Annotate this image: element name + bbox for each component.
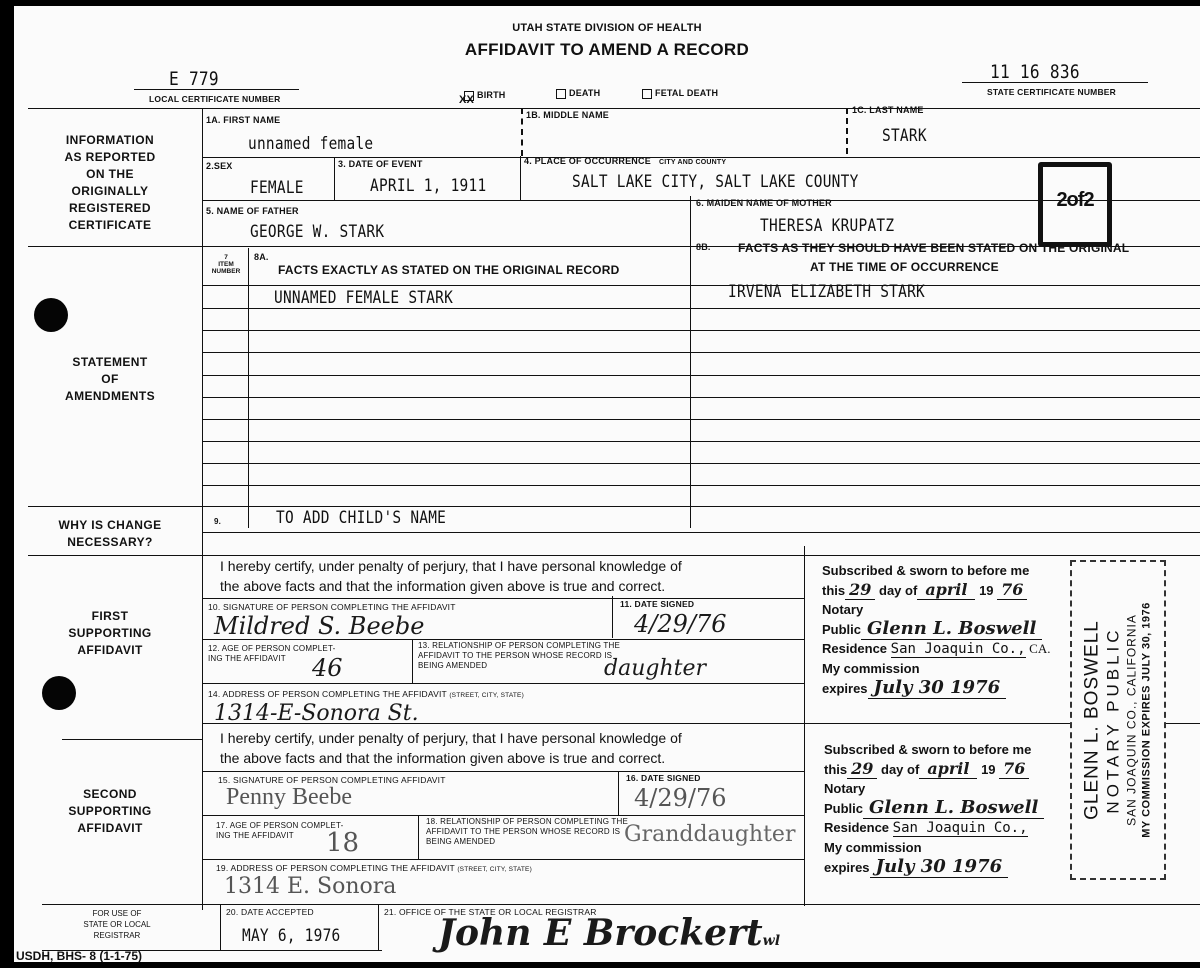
first-relationship-value[interactable]: daughter bbox=[604, 656, 706, 681]
section-reason-label: WHY IS CHANGE NECESSARY? bbox=[30, 517, 190, 551]
notary-commission-stamp: GLENN L. BOSWELL NOTARY PUBLIC SAN JOAQU… bbox=[1070, 560, 1166, 880]
first-notary-block: Subscribed & sworn to before me this29 d… bbox=[822, 561, 1050, 698]
second-date-value[interactable]: 4/29/76 bbox=[634, 784, 727, 812]
second-age-value[interactable]: 18 bbox=[326, 828, 359, 858]
first-age-value[interactable]: 46 bbox=[312, 654, 343, 682]
local-certificate-label: LOCAL CERTIFICATE NUMBER bbox=[149, 94, 281, 104]
first-address-label: 14. ADDRESS OF PERSON COMPLETING THE AFF… bbox=[208, 689, 524, 699]
date-of-event-value[interactable]: APRIL 1, 1911 bbox=[370, 176, 486, 196]
first-cert-statement: I hereby certify, under penalty of perju… bbox=[220, 556, 682, 596]
amendment-corrected-value[interactable]: IRVENA ELIZABETH STARK bbox=[728, 282, 925, 302]
second-relationship-value[interactable]: Granddaughter bbox=[624, 822, 795, 847]
section-original-info-label: INFORMATION AS REPORTED ON THE ORIGINALL… bbox=[30, 132, 190, 234]
first-relationship-label: 13. RELATIONSHIP OF PERSON COMPLETING TH… bbox=[418, 641, 620, 671]
record-type-death[interactable]: DEATH bbox=[556, 88, 600, 99]
item-number-header: 7 ITEM NUMBER bbox=[204, 254, 248, 275]
local-certificate-number: E 779 bbox=[169, 68, 219, 90]
second-cert-statement: I hereby certify, under penalty of perju… bbox=[220, 728, 682, 768]
date-accepted-label: 20. DATE ACCEPTED bbox=[226, 907, 314, 917]
second-relationship-label: 18. RELATIONSHIP OF PERSON COMPLETING TH… bbox=[426, 817, 628, 847]
section-first-affidavit-label: FIRST SUPPORTING AFFIDAVIT bbox=[30, 608, 190, 659]
father-label: 5. NAME OF FATHER bbox=[206, 206, 299, 216]
col-8b-header-2: AT THE TIME OF OCCURRENCE bbox=[810, 260, 999, 274]
place-label: 4. PLACE OF OCCURRENCE CITY AND COUNTY bbox=[524, 156, 726, 166]
punch-hole bbox=[42, 676, 76, 710]
record-type-birth[interactable]: XXBIRTH bbox=[464, 90, 506, 101]
second-age-label: 17. AGE OF PERSON COMPLET-ING THE AFFIDA… bbox=[216, 821, 343, 841]
second-address-value[interactable]: 1314 E. Sonora bbox=[224, 874, 396, 899]
checkbox-checked-icon: XX bbox=[464, 91, 474, 101]
first-name-label: 1A. FIRST NAME bbox=[206, 115, 280, 125]
first-notary-day[interactable]: 29 bbox=[845, 580, 875, 600]
date-of-event-label: 3. DATE OF EVENT bbox=[338, 159, 423, 169]
last-name-label: 1C. LAST NAME bbox=[852, 105, 924, 115]
mother-value[interactable]: THERESA KRUPATZ bbox=[760, 216, 894, 236]
state-certificate-number: 11 16 836 bbox=[990, 61, 1080, 83]
agency-name: UTAH STATE DIVISION OF HEALTH bbox=[14, 22, 1200, 34]
first-date-value[interactable]: 4/29/76 bbox=[634, 610, 727, 638]
checkbox-icon bbox=[556, 89, 566, 99]
col-8b-num: 8B. bbox=[696, 242, 711, 252]
reason-num: 9. bbox=[214, 517, 221, 526]
second-notary-residence[interactable]: San Joaquin Co., bbox=[893, 820, 1028, 837]
first-notary-signature[interactable]: Glenn L. Boswell bbox=[861, 618, 1042, 640]
second-signature-value[interactable]: Penny Beebe bbox=[226, 784, 352, 811]
mother-label: 6. MAIDEN NAME OF MOTHER bbox=[696, 198, 832, 208]
form-title: AFFIDAVIT TO AMEND A RECORD bbox=[14, 40, 1200, 60]
sex-label: 2.SEX bbox=[206, 161, 233, 171]
second-date-label: 16. DATE SIGNED bbox=[626, 773, 701, 783]
father-value[interactable]: GEORGE W. STARK bbox=[250, 222, 384, 242]
amendment-original-value[interactable]: UNNAMED FEMALE STARK bbox=[274, 288, 453, 308]
section-amendments-label: STATEMENT OF AMENDMENTS bbox=[30, 354, 190, 405]
last-name-value[interactable]: STARK bbox=[882, 126, 927, 146]
punch-hole bbox=[34, 298, 68, 332]
middle-name-label: 1B. MIDDLE NAME bbox=[526, 110, 609, 120]
col-8a-num: 8A. bbox=[254, 252, 269, 262]
first-signature-value[interactable]: Mildred S. Beebe bbox=[214, 612, 424, 640]
registrar-signature[interactable]: John E Brockertwl bbox=[438, 912, 780, 954]
second-notary-expires[interactable]: July 30 1976 bbox=[870, 856, 1009, 878]
col-8b-header-1: FACTS AS THEY SHOULD HAVE BEEN STATED ON… bbox=[738, 241, 1129, 255]
first-notary-expires[interactable]: July 30 1976 bbox=[868, 677, 1007, 699]
reason-value[interactable]: TO ADD CHILD'S NAME bbox=[276, 508, 446, 528]
section-registrar-label: FOR USE OF STATE OR LOCAL REGISTRAR bbox=[42, 908, 192, 941]
record-type-fetal-death[interactable]: FETAL DEATH bbox=[642, 88, 718, 99]
state-certificate-label: STATE CERTIFICATE NUMBER bbox=[987, 87, 1116, 97]
page-count-stamp: 2of2 bbox=[1038, 162, 1112, 247]
second-notary-year[interactable]: 76 bbox=[999, 759, 1029, 779]
affidavit-form: UTAH STATE DIVISION OF HEALTH AFFIDAVIT … bbox=[14, 6, 1200, 962]
first-date-label: 11. DATE SIGNED bbox=[620, 599, 694, 609]
date-accepted-value[interactable]: MAY 6, 1976 bbox=[242, 926, 341, 946]
first-notary-month[interactable]: april bbox=[917, 580, 975, 600]
first-notary-residence[interactable]: San Joaquin Co., bbox=[891, 641, 1026, 658]
section-second-affidavit-label: SECOND SUPPORTING AFFIDAVIT bbox=[30, 786, 190, 837]
form-id: USDH, BHS- 8 (1-1-75) bbox=[16, 949, 142, 963]
first-name-value[interactable]: unnamed female bbox=[248, 134, 373, 154]
second-notary-block: Subscribed & sworn to before me this29 d… bbox=[824, 740, 1044, 877]
second-notary-signature[interactable]: Glenn L. Boswell bbox=[863, 797, 1044, 819]
second-notary-month[interactable]: april bbox=[919, 759, 977, 779]
first-signature-label: 10. SIGNATURE OF PERSON COMPLETING THE A… bbox=[208, 602, 456, 612]
sex-value[interactable]: FEMALE bbox=[250, 178, 304, 198]
place-value[interactable]: SALT LAKE CITY, SALT LAKE COUNTY bbox=[572, 172, 859, 192]
second-address-label: 19. ADDRESS OF PERSON COMPLETING THE AFF… bbox=[216, 863, 532, 873]
col-8a-header: FACTS EXACTLY AS STATED ON THE ORIGINAL … bbox=[278, 263, 619, 277]
checkbox-icon bbox=[642, 89, 652, 99]
first-notary-year[interactable]: 76 bbox=[997, 580, 1027, 600]
second-notary-day[interactable]: 29 bbox=[847, 759, 877, 779]
